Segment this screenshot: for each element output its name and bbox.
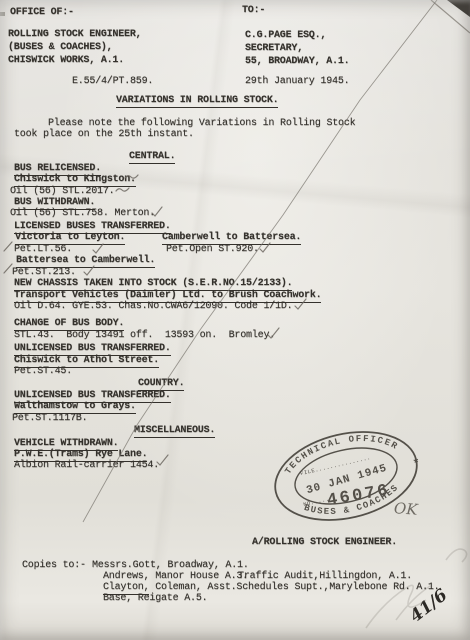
from-address-line: CHISWICK WORKS, A.1. xyxy=(8,56,124,66)
letter-date: 29th January 1945. xyxy=(245,77,349,87)
scan-speck xyxy=(0,12,5,16)
document-title: VARIATIONS IN ROLLING STOCK. xyxy=(116,96,278,108)
from-address-line: (BUSES & COACHES), xyxy=(8,43,112,53)
unlicensed-transferred-heading: UNLICENSED BUS TRANSFERRED. xyxy=(14,344,171,356)
fold-crease-line xyxy=(431,0,470,33)
country-unlicensed-route: Walthamstow to Grays. xyxy=(14,402,136,414)
section-heading-central: CENTRAL. xyxy=(129,152,175,164)
transfer-entry: Pet.ST.213. xyxy=(12,268,76,278)
to-address-line: 55, BROADWAY, A.1. xyxy=(245,57,349,67)
stamp-star-icon: * xyxy=(412,456,422,471)
intro-line: Please note the following Variations in … xyxy=(48,119,355,129)
folded-corner xyxy=(447,0,470,17)
bus-withdrawn-entry: Oil (56) STL.758. Merton. xyxy=(10,209,155,219)
handwritten-ok-annotation: OK xyxy=(393,499,418,519)
copies-line: Clayton, Coleman, Asst.Schedules Supt.,M… xyxy=(103,583,439,593)
copies-line: Base, Reigate A.5. xyxy=(103,594,207,604)
change-body-heading: CHANGE OF BUS BODY. xyxy=(14,319,124,331)
copies-line: Messrs.Gott, Broadway, A.1. xyxy=(92,561,249,571)
from-address-line: ROLLING STOCK ENGINEER, xyxy=(8,30,141,40)
section-heading-miscellaneous: MISCELLANEOUS. xyxy=(134,426,215,438)
bus-relicensed-entry: Oil (56) STL.2017. xyxy=(10,187,114,197)
copies-line: Traffic Audit,Hillingdon, A.1. xyxy=(238,572,412,582)
new-chassis-entry: Oil D.64. GYE.53. Chas.No.CWA6/12090. Co… xyxy=(14,302,292,312)
bus-relicensed-route: Chiswick to Kingston. xyxy=(14,175,136,187)
transfer-route: Battersea to Camberwell. xyxy=(16,256,155,268)
transfer-entry: Pet.LT.56. xyxy=(14,245,72,255)
new-chassis-heading: NEW CHASSIS TAKEN INTO STOCK (S.E.R.NO.1… xyxy=(14,279,292,291)
change-body-entry: STL.43. Body 13491 off. 13593 on. Bromle… xyxy=(14,331,275,341)
section-heading-country: COUNTRY. xyxy=(138,379,184,391)
vehicle-withdrawn-entry: Albion Rail-carrier 1454. xyxy=(14,461,159,471)
to-address-line: C.G.PAGE ESQ., xyxy=(245,31,326,41)
transfer-route: Victoria to Leyton. xyxy=(15,233,125,245)
to-address-line: SECRETARY, xyxy=(245,44,303,54)
signature-line: A/ROLLING STOCK ENGINEER. xyxy=(252,538,397,548)
transfer-entry: Pet.Open ST.920. xyxy=(166,245,259,255)
intro-line: took place on the 25th instant. xyxy=(14,130,194,140)
reference-number: E.55/4/PT.859. xyxy=(72,77,153,87)
copies-label: Copies to:- xyxy=(22,561,86,571)
country-unlicensed-entry: Pet.ST.1117B. xyxy=(12,414,87,424)
copies-line-rest: Coleman, Asst.Schedules Supt.,Marylebone… xyxy=(149,582,439,593)
technical-officer-stamp: TECHNICAL OFFICER BUSES & COACHES * FILE… xyxy=(257,409,435,542)
office-of-label: OFFICE OF:- xyxy=(10,8,74,18)
to-label: TO:- xyxy=(242,6,265,16)
unlicensed-transferred-entry: Pet.ST.45. xyxy=(14,367,72,377)
document-page: OFFICE OF:- TO:- ROLLING STOCK ENGINEER,… xyxy=(0,0,470,640)
transfer-route: Camberwell to Battersea. xyxy=(162,233,301,245)
copies-line: Andrews, Manor House A.3. xyxy=(103,572,248,582)
